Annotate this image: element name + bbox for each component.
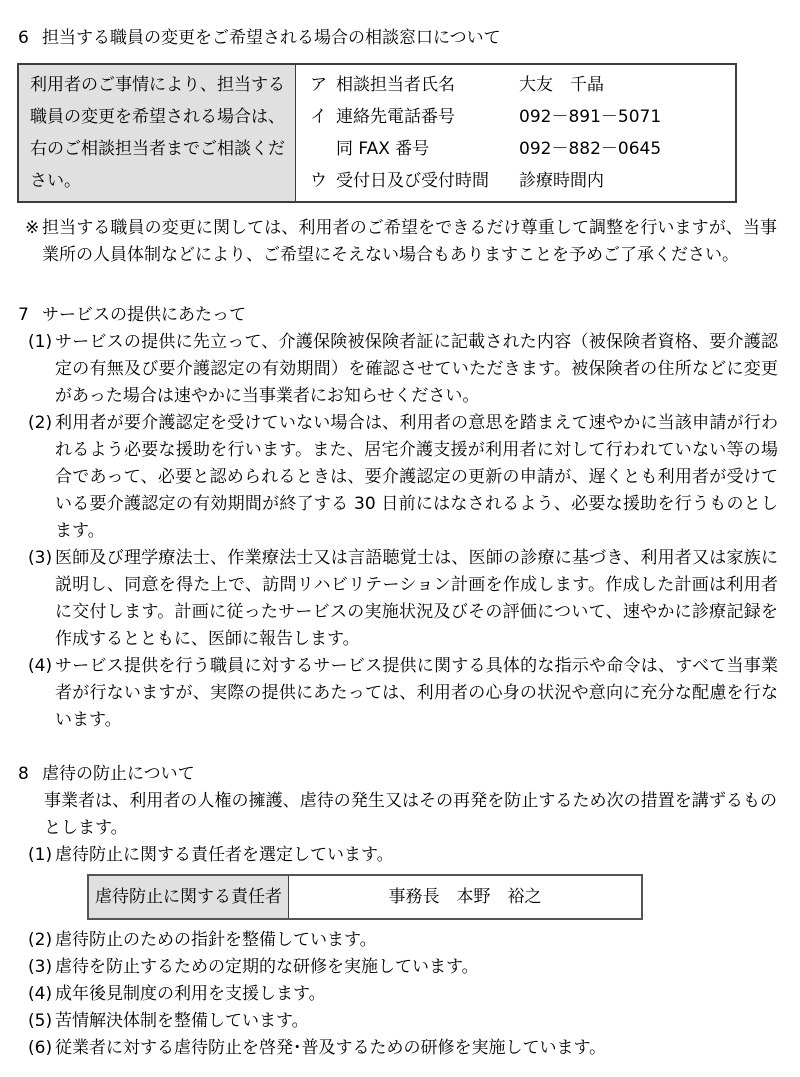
item-text: 利用者が要介護認定を受けていない場合は、利用者の意思を踏まえて速やかに当該申請が… — [55, 410, 778, 545]
list-item: (3) 虐待を防止するための定期的な研修を実施しています。 — [28, 954, 778, 981]
row-label: 連絡先電話番号 — [336, 101, 519, 133]
row-letter — [310, 133, 336, 165]
section-title: サービスの提供にあたって — [42, 302, 246, 329]
item-marker: (2) — [28, 410, 55, 545]
section-number: 8 — [18, 761, 42, 788]
item-marker: (4) — [28, 653, 55, 734]
list-item: (2) 虐待防止のための指針を整備しています。 — [28, 927, 778, 954]
note-marker: ※ — [25, 215, 42, 269]
item-marker: (5) — [28, 1008, 55, 1035]
list-item: (1) サービスの提供に先立って、介護保険被保険者証に記載された内容（被保険者資… — [28, 329, 778, 410]
table-detail-cell: ア 相談担当者氏名 大友 千晶 イ 連絡先電話番号 092－891－5071 同… — [296, 65, 735, 201]
table-row: 同 FAX 番号 092－882－0645 — [310, 133, 735, 165]
item-marker: (1) — [28, 329, 55, 410]
table-description-cell: 利用者のご事情により、担当する職員の変更を希望される場合は、右のご相談担当者まで… — [19, 65, 296, 201]
section-8-list-bottom: (2) 虐待防止のための指針を整備しています。 (3) 虐待を防止するための定期… — [28, 927, 778, 1062]
section-number: 7 — [18, 302, 42, 329]
item-text: 虐待防止に関する責任者を選定しています。 — [55, 842, 778, 869]
item-marker: (3) — [28, 954, 55, 981]
section-7-list: (1) サービスの提供に先立って、介護保険被保険者証に記載された内容（被保険者資… — [28, 329, 778, 734]
item-marker: (3) — [28, 545, 55, 653]
item-marker: (1) — [28, 842, 55, 869]
item-marker: (4) — [28, 981, 55, 1008]
row-label: 受付日及び受付時間 — [336, 165, 519, 197]
section-8-heading: 8 虐待の防止について — [18, 761, 800, 788]
row-value: 診療時間内 — [519, 165, 735, 197]
row-value: 大友 千晶 — [519, 69, 735, 101]
row-letter: ウ — [310, 165, 336, 197]
list-item: (6) 従業者に対する虐待防止を啓発･普及するための研修を実施しています。 — [28, 1035, 778, 1062]
item-marker: (2) — [28, 927, 55, 954]
item-text: 苦情解決体制を整備しています。 — [55, 1008, 778, 1035]
section-title: 虐待の防止について — [42, 761, 195, 788]
table-row: イ 連絡先電話番号 092－891－5071 — [310, 101, 735, 133]
note-text: 担当する職員の変更に関しては、利用者のご希望をできるだけ尊重して調整を行いますが… — [42, 215, 777, 269]
list-item: (1) 虐待防止に関する責任者を選定しています。 — [28, 842, 778, 869]
officer-value-cell: 事務長 本野 裕之 — [289, 876, 641, 918]
section-6-heading: 6 担当する職員の変更をご希望される場合の相談窓口について — [18, 25, 800, 52]
section-8-intro: 事業者は、利用者の人権の擁護、虐待の発生又はその再発を防止するため次の措置を講ず… — [44, 788, 777, 842]
item-text: サービス提供を行う職員に対するサービス提供に関する具体的な指示や命令は、すべて当… — [55, 653, 778, 734]
item-text: 虐待防止のための指針を整備しています。 — [55, 927, 778, 954]
list-item: (4) サービス提供を行う職員に対するサービス提供に関する具体的な指示や命令は、… — [28, 653, 778, 734]
section-title: 担当する職員の変更をご希望される場合の相談窓口について — [42, 25, 501, 52]
item-text: 医師及び理学療法士、作業療法士又は言語聴覚士は、医師の診療に基づき、利用者又は家… — [55, 545, 778, 653]
row-label: 同 FAX 番号 — [336, 133, 519, 165]
officer-label-cell: 虐待防止に関する責任者 — [89, 876, 289, 918]
list-item: (3) 医師及び理学療法士、作業療法士又は言語聴覚士は、医師の診療に基づき、利用… — [28, 545, 778, 653]
consultation-contact-table: 利用者のご事情により、担当する職員の変更を希望される場合は、右のご相談担当者まで… — [17, 63, 737, 203]
row-letter: ア — [310, 69, 336, 101]
list-item: (2) 利用者が要介護認定を受けていない場合は、利用者の意思を踏まえて速やかに当… — [28, 410, 778, 545]
section-number: 6 — [18, 25, 42, 52]
note-paragraph: ※ 担当する職員の変更に関しては、利用者のご希望をできるだけ尊重して調整を行いま… — [25, 215, 777, 269]
row-value: 092－891－5071 — [519, 101, 735, 133]
abuse-prevention-officer-table: 虐待防止に関する責任者 事務長 本野 裕之 — [87, 874, 643, 920]
row-value: 092－882－0645 — [519, 133, 735, 165]
item-text: 従業者に対する虐待防止を啓発･普及するための研修を実施しています。 — [55, 1035, 778, 1062]
document-page: 6 担当する職員の変更をご希望される場合の相談窓口について 利用者のご事情により… — [0, 0, 800, 1077]
item-text: 成年後見制度の利用を支援します。 — [55, 981, 778, 1008]
section-8-list-top: (1) 虐待防止に関する責任者を選定しています。 — [28, 842, 778, 869]
list-item: (4) 成年後見制度の利用を支援します。 — [28, 981, 778, 1008]
table-row: ア 相談担当者氏名 大友 千晶 — [310, 69, 735, 101]
table-row: ウ 受付日及び受付時間 診療時間内 — [310, 165, 735, 197]
item-marker: (6) — [28, 1035, 55, 1062]
list-item: (5) 苦情解決体制を整備しています。 — [28, 1008, 778, 1035]
item-text: サービスの提供に先立って、介護保険被保険者証に記載された内容（被保険者資格、要介… — [55, 329, 778, 410]
row-label: 相談担当者氏名 — [336, 69, 519, 101]
section-7-heading: 7 サービスの提供にあたって — [18, 302, 800, 329]
item-text: 虐待を防止するための定期的な研修を実施しています。 — [55, 954, 778, 981]
row-letter: イ — [310, 101, 336, 133]
